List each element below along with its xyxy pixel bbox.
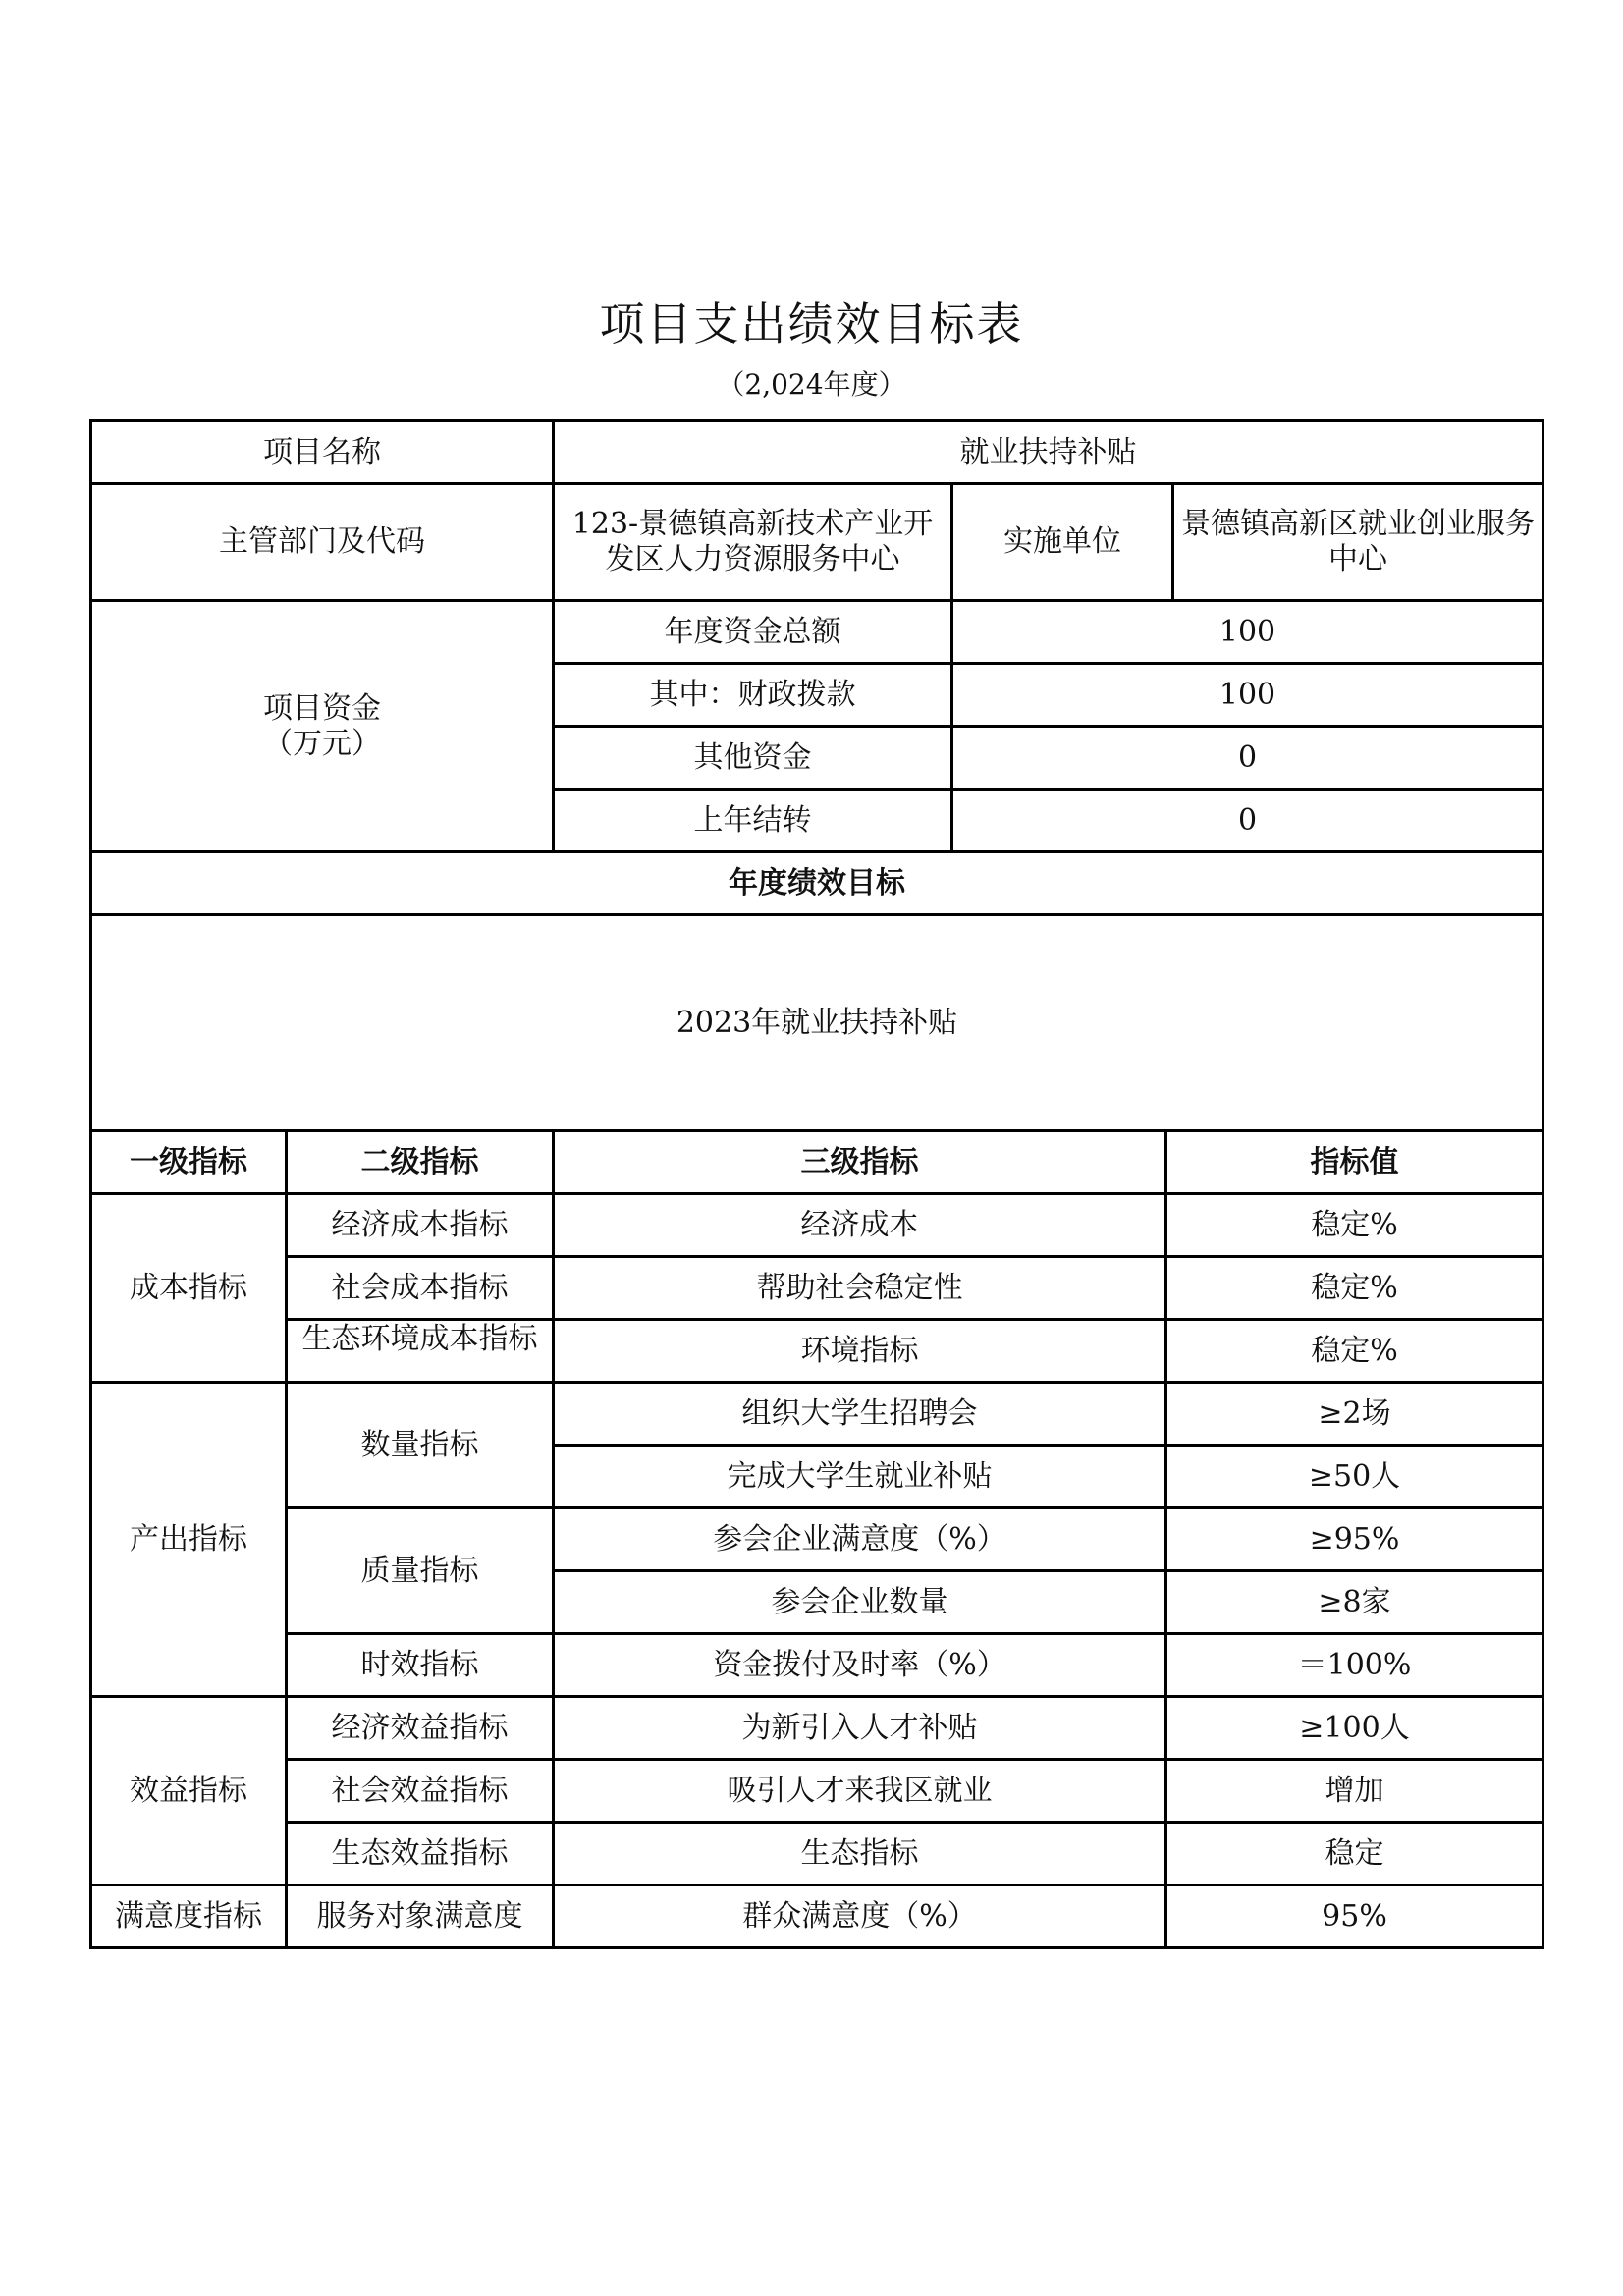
project-name-value: 就业扶持补贴 <box>554 421 1543 484</box>
level3-cell: 群众满意度（%） <box>554 1886 1166 1948</box>
level2-text: 生态环境成本指标 <box>294 1321 546 1356</box>
annual-goal-content: 2023年就业扶持补贴 <box>91 915 1543 1131</box>
header-value: 指标值 <box>1166 1131 1543 1194</box>
funds-item-value: 100 <box>952 601 1543 664</box>
value-cell: ≥95% <box>1166 1508 1543 1571</box>
indicator-row: 时效指标 资金拨付及时率（%） ＝100% <box>91 1634 1543 1697</box>
funds-item-label: 其中：财政拨款 <box>554 664 952 727</box>
funds-item-label: 其他资金 <box>554 727 952 790</box>
indicator-row: 成本指标 经济成本指标 经济成本 稳定% <box>91 1194 1543 1257</box>
indicator-row: 效益指标 经济效益指标 为新引入人才补贴 ≥100人 <box>91 1697 1543 1760</box>
project-name-label: 项目名称 <box>91 421 554 484</box>
value-cell: ≥50人 <box>1166 1446 1543 1508</box>
funds-item-value: 0 <box>952 790 1543 852</box>
level2-cell: 社会效益指标 <box>287 1760 554 1823</box>
value-cell: ＝100% <box>1166 1634 1543 1697</box>
level2-cell: 数量指标 <box>287 1383 554 1508</box>
funds-unit-text: （万元） <box>98 727 546 762</box>
value-cell: ≥8家 <box>1166 1571 1543 1634</box>
performance-target-table: 项目名称 就业扶持补贴 主管部门及代码 123-景德镇高新技术产业开发区人力资源… <box>89 419 1544 1949</box>
level3-cell: 经济成本 <box>554 1194 1166 1257</box>
funds-item-label: 上年结转 <box>554 790 952 852</box>
annual-goal-header-row: 年度绩效目标 <box>91 852 1543 915</box>
funds-label-text: 项目资金 <box>98 691 546 727</box>
indicator-header-row: 一级指标 二级指标 三级指标 指标值 <box>91 1131 1543 1194</box>
indicator-row: 满意度指标 服务对象满意度 群众满意度（%） 95% <box>91 1886 1543 1948</box>
value-cell: ≥100人 <box>1166 1697 1543 1760</box>
level1-cell: 效益指标 <box>91 1697 287 1886</box>
level3-cell: 为新引入人才补贴 <box>554 1697 1166 1760</box>
level3-cell: 帮助社会稳定性 <box>554 1257 1166 1320</box>
level1-cell: 成本指标 <box>91 1194 287 1383</box>
level3-cell: 吸引人才来我区就业 <box>554 1760 1166 1823</box>
level1-cell: 产出指标 <box>91 1383 287 1697</box>
level2-cell: 时效指标 <box>287 1634 554 1697</box>
value-cell: ≥2场 <box>1166 1383 1543 1446</box>
indicator-row: 生态效益指标 生态指标 稳定 <box>91 1823 1543 1886</box>
level3-cell: 完成大学生就业补贴 <box>554 1446 1166 1508</box>
level2-cell: 质量指标 <box>287 1508 554 1634</box>
department-value: 123-景德镇高新技术产业开发区人力资源服务中心 <box>554 484 952 601</box>
level2-cell: 经济成本指标 <box>287 1194 554 1257</box>
value-cell: 95% <box>1166 1886 1543 1948</box>
department-label: 主管部门及代码 <box>91 484 554 601</box>
level1-cell: 满意度指标 <box>91 1886 287 1948</box>
level3-cell: 生态指标 <box>554 1823 1166 1886</box>
implementer-label: 实施单位 <box>952 484 1173 601</box>
level2-cell: 生态环境成本指标 <box>287 1320 554 1383</box>
level3-cell: 参会企业数量 <box>554 1571 1166 1634</box>
annual-goal-content-row: 2023年就业扶持补贴 <box>91 915 1543 1131</box>
funds-label: 项目资金 （万元） <box>91 601 554 852</box>
funds-item-label: 年度资金总额 <box>554 601 952 664</box>
funds-item-value: 0 <box>952 727 1543 790</box>
value-cell: 稳定 <box>1166 1823 1543 1886</box>
level3-cell: 环境指标 <box>554 1320 1166 1383</box>
annual-goal-header: 年度绩效目标 <box>91 852 1543 915</box>
level2-cell: 经济效益指标 <box>287 1697 554 1760</box>
project-name-row: 项目名称 就业扶持补贴 <box>91 421 1543 484</box>
indicator-row: 社会效益指标 吸引人才来我区就业 增加 <box>91 1760 1543 1823</box>
indicator-row: 产出指标 数量指标 组织大学生招聘会 ≥2场 <box>91 1383 1543 1446</box>
indicator-row: 生态环境成本指标 环境指标 稳定% <box>91 1320 1543 1383</box>
value-cell: 稳定% <box>1166 1194 1543 1257</box>
funds-row: 项目资金 （万元） 年度资金总额 100 <box>91 601 1543 664</box>
header-level2: 二级指标 <box>287 1131 554 1194</box>
level3-cell: 资金拨付及时率（%） <box>554 1634 1166 1697</box>
level3-cell: 组织大学生招聘会 <box>554 1383 1166 1446</box>
indicator-row: 社会成本指标 帮助社会稳定性 稳定% <box>91 1257 1543 1320</box>
funds-item-value: 100 <box>952 664 1543 727</box>
level3-cell: 参会企业满意度（%） <box>554 1508 1166 1571</box>
implementer-value: 景德镇高新区就业创业服务中心 <box>1173 484 1543 601</box>
level2-cell: 生态效益指标 <box>287 1823 554 1886</box>
header-level3: 三级指标 <box>554 1131 1166 1194</box>
value-cell: 稳定% <box>1166 1257 1543 1320</box>
department-row: 主管部门及代码 123-景德镇高新技术产业开发区人力资源服务中心 实施单位 景德… <box>91 484 1543 601</box>
value-cell: 稳定% <box>1166 1320 1543 1383</box>
level2-cell: 服务对象满意度 <box>287 1886 554 1948</box>
indicator-row: 质量指标 参会企业满意度（%） ≥95% <box>91 1508 1543 1571</box>
level2-cell: 社会成本指标 <box>287 1257 554 1320</box>
header-level1: 一级指标 <box>91 1131 287 1194</box>
value-cell: 增加 <box>1166 1760 1543 1823</box>
document-title: 项目支出绩效目标表 <box>0 293 1623 355</box>
document-year: （2,024年度） <box>0 365 1623 405</box>
